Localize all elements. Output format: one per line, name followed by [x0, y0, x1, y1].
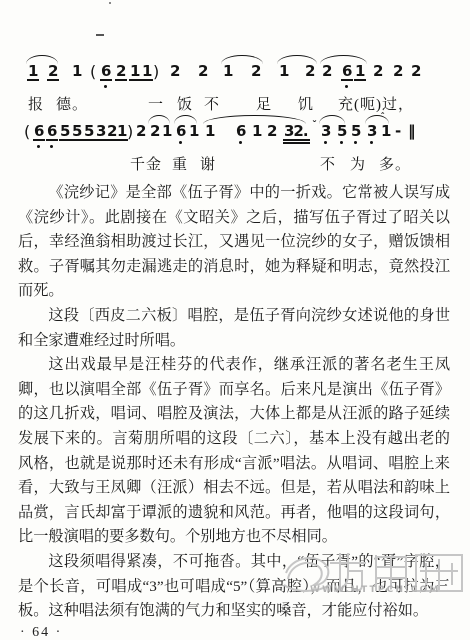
- lyric-syllable: 一: [148, 93, 164, 114]
- music-note: ‖: [408, 122, 415, 141]
- slur-arc: [174, 115, 197, 124]
- slur-arc: [148, 115, 170, 124]
- lyric-syllable: 不: [320, 153, 336, 174]
- paragraph-synopsis: 《浣纱记》是全部《伍子胥》中的一折戏。它常被人误写成《浣纱计》。此剧接在《文昭关…: [18, 181, 450, 304]
- slur-arc: [203, 115, 306, 124]
- music-note: 6: [47, 122, 56, 141]
- music-note: 2: [305, 62, 314, 81]
- music-note: 5: [84, 122, 93, 141]
- music-note: 3: [367, 122, 376, 141]
- lyric-syllable: 金: [146, 153, 162, 174]
- music-note: 2: [116, 62, 125, 81]
- music-note: 2: [48, 62, 57, 81]
- slur-arc: [365, 115, 389, 124]
- music-note: ˇ: [312, 115, 317, 133]
- slur-arc: [320, 55, 367, 64]
- lyrics-line-1: 报德。一饭不足饥充(呃)过，: [0, 93, 470, 115]
- music-note: 5: [72, 122, 81, 141]
- music-note: (: [24, 122, 30, 142]
- music-note: 2: [136, 122, 145, 141]
- lyric-syllable: 不: [204, 93, 220, 114]
- music-note: 2: [411, 62, 420, 81]
- lyric-syllable: 重: [172, 153, 188, 174]
- music-note: 5: [337, 122, 346, 141]
- body-text: 《浣纱记》是全部《伍子胥》中的一折戏。它常被人误写成《浣纱计》。此剧接在《文昭关…: [18, 181, 450, 624]
- music-note: 1: [130, 62, 139, 81]
- music-note: 1: [223, 62, 232, 81]
- music-note: 1: [189, 122, 198, 141]
- slur-arc: [319, 115, 345, 124]
- music-note: 3: [321, 122, 330, 141]
- music-note: 1: [72, 62, 81, 81]
- scan-artifact-dot: [109, 2, 111, 4]
- music-note: 1: [279, 62, 288, 81]
- music-note: 1: [205, 122, 214, 141]
- music-note: -: [395, 122, 400, 141]
- music-note: 1: [252, 122, 261, 141]
- music-note: 1: [355, 62, 364, 81]
- music-note: 2: [251, 62, 260, 81]
- slur-arc: [277, 55, 317, 64]
- slur-arc: [221, 55, 263, 64]
- music-note: 6: [34, 122, 43, 141]
- music-note: 6: [342, 62, 351, 81]
- music-note: 32.: [284, 122, 308, 141]
- book-page: 121(6211)221212261222 报德。一饭不足饥充(呃)过， (66…: [0, 0, 470, 640]
- music-note: 2: [150, 122, 159, 141]
- music-note: 2: [267, 122, 276, 141]
- lyric-syllable: 多。: [379, 153, 411, 174]
- music-note: 2: [373, 62, 382, 81]
- music-note: 1ˆ: [381, 122, 390, 141]
- scan-artifact-dash: [96, 34, 104, 36]
- music-note: ): [127, 122, 133, 142]
- music-note: 2: [170, 62, 179, 81]
- lyric-syllable: 饥: [298, 93, 314, 114]
- music-note: 1: [28, 62, 37, 81]
- music-note: 1: [117, 122, 126, 141]
- lyric-syllable: 德。: [56, 93, 88, 114]
- music-note: 5: [60, 122, 69, 141]
- lyric-syllable: 饭: [177, 93, 193, 114]
- music-note: 2: [393, 62, 402, 81]
- music-line-1: 121(6211)221212261222: [0, 62, 470, 92]
- music-note: 1: [142, 62, 151, 81]
- music-note: 6: [176, 122, 185, 141]
- music-note: 1: [162, 122, 171, 141]
- paragraph-performers: 这出戏最早是汪桂芬的代表作，继承汪派的著名老生王凤卿，也以演唱全部《伍子胥》而享…: [18, 353, 450, 550]
- page-number: · 64 ·: [20, 625, 62, 640]
- lyric-syllable: 千: [130, 153, 146, 174]
- lyric-syllable: 报: [28, 93, 44, 114]
- music-note: 2: [322, 62, 331, 81]
- music-note: ): [153, 62, 159, 82]
- lyrics-line-2: 千金重谢不为多。: [0, 153, 470, 175]
- music-note: 3: [96, 122, 105, 141]
- lyric-syllable: 足: [256, 93, 272, 114]
- music-note: 5: [351, 122, 360, 141]
- lyric-syllable: 充(呃)过，: [338, 93, 414, 114]
- music-line-2: (66555321)22161161232.ˇ35531ˆ-‖: [0, 122, 470, 152]
- paragraph-aria-context: 这段〔西皮二六板〕唱腔，是伍子胥向浣纱女述说他的身世和全家遭难经过时所唱。: [18, 304, 450, 353]
- paragraph-singing-advice: 这段须唱得紧凑，不可拖沓。其中，“伍子胥”的“胥”字腔，是个长音，可唱成“3”也…: [18, 550, 450, 624]
- lyric-syllable: 谢: [200, 153, 216, 174]
- music-note: 6: [236, 122, 245, 141]
- music-note: 2: [198, 62, 207, 81]
- music-note: 6: [101, 62, 110, 81]
- lyric-syllable: 为: [350, 153, 366, 174]
- music-note: (: [90, 62, 96, 82]
- slur-arc: [26, 55, 58, 64]
